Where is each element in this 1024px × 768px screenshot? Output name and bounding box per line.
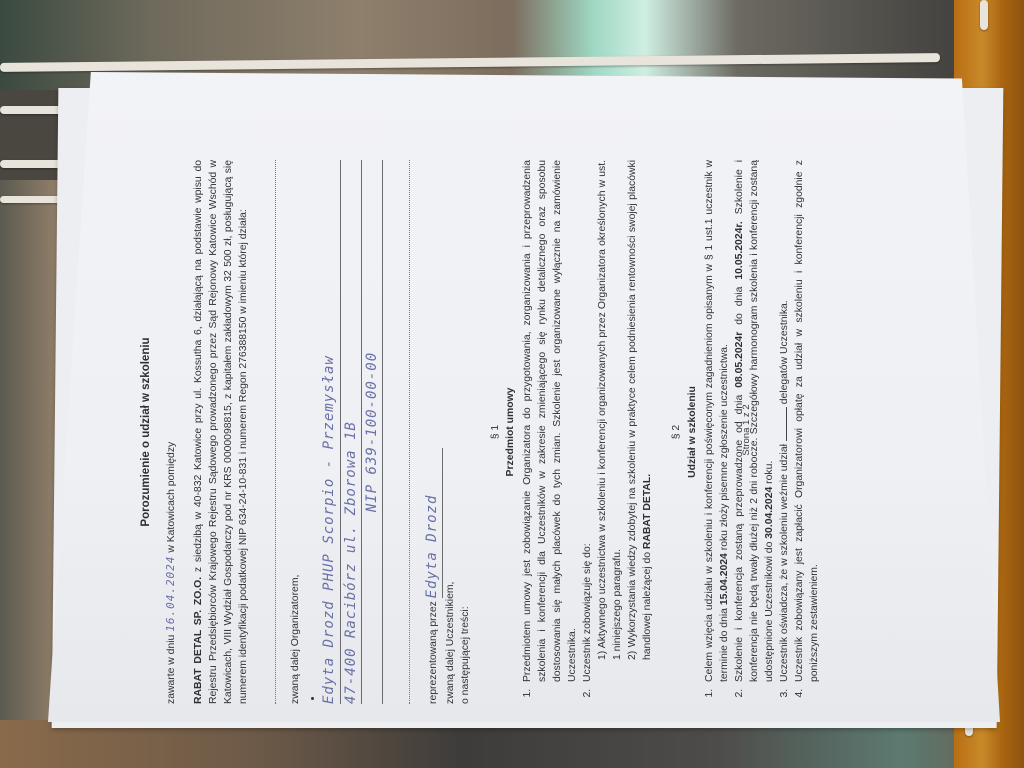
organizer-paragraph: RABAT DETAL SP. ZO.O. z siedzibą w 40-83… <box>191 160 251 704</box>
bullet-mark <box>311 697 314 700</box>
handwritten-participant-2: 47-400 Racibórz ul. Zborowa 1B <box>343 421 359 704</box>
section-1-number: § 1 <box>488 160 503 704</box>
section-2-title: Udział w szkoleniu <box>685 160 700 704</box>
delegates-blank <box>786 407 787 441</box>
signature-dotted-line <box>261 160 276 704</box>
rack-bar <box>980 0 988 30</box>
organizer-alias: zwaną dalej Organizatorem, <box>288 160 303 704</box>
section-1-subitem-2: 2) Wykorzystania wiedzy zdobytej na szko… <box>625 160 655 660</box>
participant-line-2: 47-400 Racibórz ul. Zborowa 1B <box>341 160 362 704</box>
intro-date-line: zawarte w dniu 16.04.2024 w Katowicach p… <box>163 160 179 704</box>
section-2-number: § 2 <box>669 160 684 704</box>
section-2-item-3: Uczestnik oświadcza, że w szkoleniu weźm… <box>777 160 792 686</box>
document-title: Porozumienie o udział w szkoleniu <box>138 160 155 704</box>
represented-by-line: reprezentowaną przez Edyta Drozd <box>422 160 443 704</box>
document-page: Porozumienie o udział w szkoleniu zawart… <box>120 130 960 730</box>
following-content: o następującej treści: <box>458 160 473 704</box>
section-2-item-1: Celem wzięcia udziału w szkoleniu i konf… <box>702 160 732 686</box>
section-2-list: Celem wzięcia udziału w szkoleniu i konf… <box>702 160 823 704</box>
organizer-name: RABAT DETAL SP. ZO.O. <box>193 577 204 704</box>
handwritten-participant-3: NIP 639-100-00-00 <box>364 352 380 512</box>
section-2-item-4: Uczestnik zobowiązany jest zapłacić Orga… <box>792 160 822 686</box>
handwritten-representative: Edyta Drozd <box>424 495 440 599</box>
handwritten-date: 16.04.2024 <box>164 556 177 632</box>
participant-alias: zwaną dalej Uczestnikiem, <box>443 160 458 704</box>
dotted-line <box>395 160 410 704</box>
section-2-item-2: Szkolenie i konferencja zostaną przeprow… <box>732 160 777 686</box>
section-1-sublist: 1) Aktywnego uczestnictwa w szkoleniu i … <box>595 160 655 682</box>
section-1-title: Przedmiot umowy <box>503 160 518 704</box>
participant-line-3: NIP 639-100-00-00 <box>362 160 383 704</box>
handwritten-participant-1: Edyta Drozd PHUP Scorpio - Przemysław <box>321 355 337 704</box>
page-footer: Strona 1 z 2 <box>740 130 754 730</box>
section-1-subitem-1: 1) Aktywnego uczestnictwa w szkoleniu i … <box>595 160 625 660</box>
section-1-item-1: Przedmiotem umowy jest zobowiązanie Orga… <box>520 160 580 686</box>
participant-line-1: Edyta Drozd PHUP Scorpio - Przemysław <box>319 160 340 704</box>
section-1-list: Przedmiotem umowy jest zobowiązanie Orga… <box>520 160 656 704</box>
section-1-item-2: Uczestnik zobowiązuje się do: 1) Aktywne… <box>580 160 655 686</box>
